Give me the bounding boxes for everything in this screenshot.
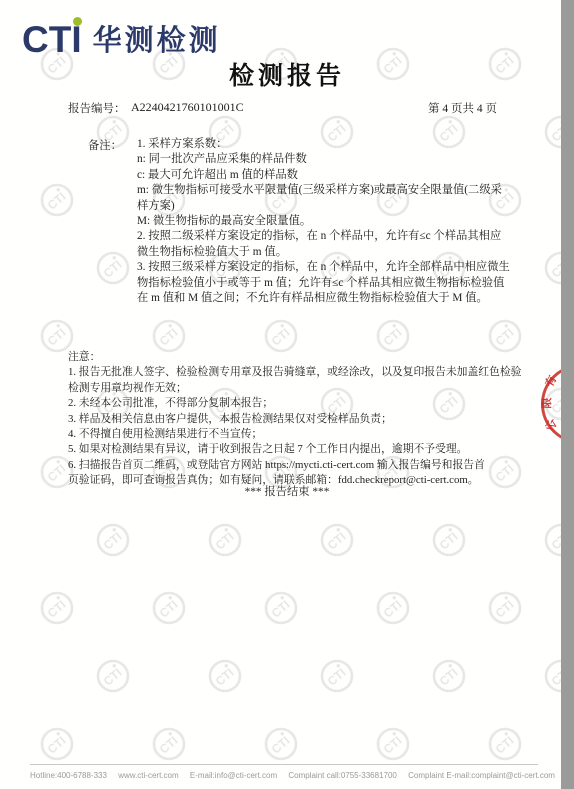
- page-edge-strip: [561, 0, 574, 789]
- remarks-line: 微生物指标检验值大于 m 值。: [137, 245, 510, 260]
- report-number-label: 报告编号：: [68, 100, 126, 116]
- footer-hotline: Hotline:400-6788-333: [30, 771, 107, 780]
- remarks-line: 物指标检验值小于或等于 m 值；允许有≤c 个样品其相应微生物指标检验值: [137, 276, 510, 291]
- report-title: 检测报告: [0, 56, 574, 92]
- remarks-line: n: 同一批次产品应采集的样品件数: [137, 152, 510, 167]
- footer-complaint-call: Complaint call:0755-33681700: [288, 771, 397, 780]
- remarks-line: 3. 按照三级采样方案设定的指标，在 n 个样品中，允许全部样品中相应微生: [137, 260, 510, 275]
- notice-line: 2. 未经本公司批准，不得部分复制本报告；: [68, 396, 521, 411]
- notice-line: 1. 报告无批准人签字、检验检测专用章及报告骑缝章，或经涂改，以及复印报告未加盖…: [68, 365, 521, 380]
- remarks-label: 备注：: [88, 137, 122, 153]
- remarks-line: 2. 按照二级采样方案设定的指标，在 n 个样品中，允许有≤c 个样品其相应: [137, 229, 510, 244]
- footer-website: www.cti-cert.com: [118, 771, 178, 780]
- test-report-page: CTICTICTICTICTICTICTICTICTICTICTICTICTIC…: [0, 0, 574, 789]
- footer-divider: [30, 764, 538, 765]
- cti-logo-text: CTI: [22, 19, 82, 60]
- footer-email: E-mail:info@cti-cert.com: [190, 771, 277, 780]
- notice-line: 检测专用章均视作无效；: [68, 381, 521, 396]
- seal-character: 限: [538, 397, 554, 409]
- remarks-line: c: 最大可允许超出 m 值的样品数: [137, 168, 510, 183]
- notice-line: 5. 如果对检测结果有异议，请于收到报告之日起 7 个工作日内提出，逾期不予受理…: [68, 442, 521, 457]
- cti-logo-green-dot-icon: [73, 17, 82, 26]
- notice-line: 6. 扫描报告首页二维码，或登陆官方网站 https://mycti.cti-c…: [68, 458, 521, 473]
- straddle-seal-stamp: 有 限 公: [536, 360, 561, 455]
- footer-contact-bar: Hotline:400-6788-333 www.cti-cert.com E-…: [30, 771, 555, 780]
- remarks-line: m: 微生物指标可接受水平限量值(三级采样方案)或最高安全限量值(二级采: [137, 183, 510, 198]
- cti-logo: CTI 华测检测: [22, 21, 221, 59]
- notice-section: 注意： 1. 报告无批准人签字、检验检测专用章及报告骑缝章，或经涂改，以及复印报…: [68, 350, 521, 489]
- notice-line: 4. 不得擅自使用检测结果进行不当宣传；: [68, 427, 521, 442]
- footer-complaint-email: Complaint E-mail:complaint@cti-cert.com: [408, 771, 555, 780]
- report-end-marker: *** 报告结束 ***: [0, 483, 574, 499]
- cti-logo-chinese-name: 华测检测: [93, 23, 221, 59]
- remarks-line: 1. 采样方案系数：: [137, 137, 510, 152]
- remarks-line: 样方案): [137, 199, 510, 214]
- report-number-value: A2240421760101001C: [131, 100, 244, 115]
- cti-logo-letters: CTI: [22, 21, 82, 59]
- page-indicator: 第 4 页共 4 页: [428, 100, 497, 116]
- notice-label: 注意：: [68, 350, 521, 365]
- remarks-line: 在 m 值和 M 值之间；不允许有样品相应微生物指标检验值大于 M 值。: [137, 291, 510, 306]
- remarks-line: M: 微生物指标的最高安全限量值。: [137, 214, 510, 229]
- remarks-body: 1. 采样方案系数： n: 同一批次产品应采集的样品件数 c: 最大可允许超出 …: [137, 137, 510, 306]
- notice-line: 3. 样品及相关信息由客户提供，本报告检测结果仅对受检样品负责；: [68, 412, 521, 427]
